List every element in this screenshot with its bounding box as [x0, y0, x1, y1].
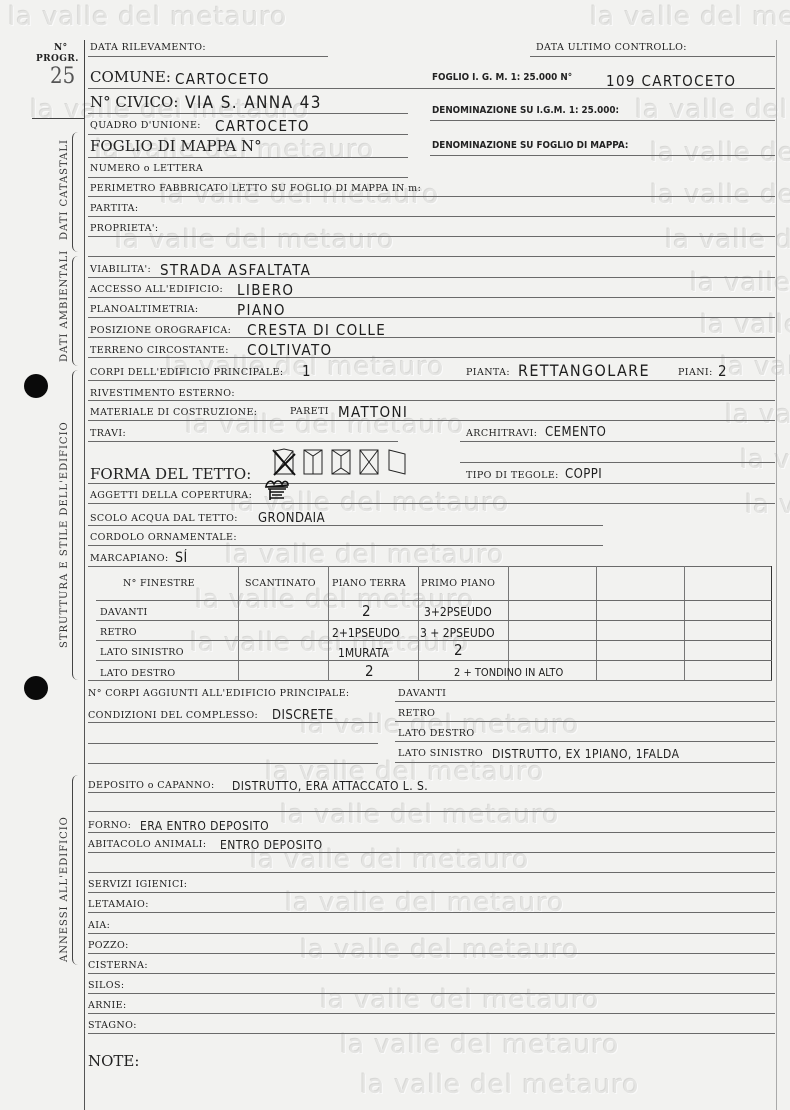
- table-cell[interactable]: 2: [362, 602, 372, 620]
- letamaio-label: LETAMAIO:: [88, 899, 149, 911]
- cornice-sketch-icon: [262, 478, 292, 502]
- table-row-divider: [88, 680, 772, 681]
- comune-label: COMUNE:: [90, 68, 171, 86]
- denom-foglio-label: DENOMINAZIONE SU FOGLIO DI MAPPA:: [432, 140, 628, 152]
- aggetti-label: AGGETTI DELLA COPERTURA:: [90, 490, 252, 502]
- watermark: la valle del metauro: [740, 445, 790, 475]
- cordolo-label: CORDOLO ORNAMENTALE:: [90, 532, 237, 544]
- rule: [88, 545, 603, 546]
- rule: [88, 400, 775, 401]
- rule: [88, 722, 378, 723]
- stagno-label: STAGNO:: [88, 1020, 137, 1032]
- section-brace: [72, 132, 79, 252]
- comune-value[interactable]: CARTOCETO: [175, 70, 270, 88]
- rule: [88, 566, 772, 567]
- marcapiano-value[interactable]: SÍ: [175, 549, 188, 567]
- watermark: la valle del metauro: [320, 985, 599, 1015]
- arnie-label: ARNIE:: [88, 1000, 127, 1012]
- pianta-label: PIANTA:: [466, 367, 510, 379]
- watermark: la valle del metauro: [300, 935, 579, 965]
- section-label-dati-ambientali: DATI AMBIENTALI: [59, 250, 70, 362]
- table-col-divider: [238, 566, 239, 680]
- condizioni-label: CONDIZIONI DEL COMPLESSO:: [88, 710, 258, 722]
- watermark: la valle del metauro: [745, 490, 790, 520]
- pianta-value[interactable]: RETTANGOLARE: [518, 362, 650, 380]
- table-row-label: DAVANTI: [100, 607, 148, 618]
- rule: [430, 120, 775, 121]
- rule: [88, 216, 775, 217]
- rule: [88, 1033, 775, 1034]
- rule: [430, 155, 775, 156]
- rule: [88, 525, 603, 526]
- rule: [88, 933, 775, 934]
- roof-shape-hip-selected-icon[interactable]: [272, 448, 296, 476]
- rule: [88, 357, 775, 358]
- table-header: PRIMO PIANO: [421, 578, 495, 589]
- forma-tetto-label: FORMA DEL TETTO:: [90, 465, 251, 483]
- rule: [395, 721, 775, 722]
- aia-label: AIA:: [88, 920, 110, 932]
- table-col-divider: [328, 566, 329, 680]
- corpi-value[interactable]: 1: [302, 362, 312, 380]
- corpi-lato-sinistro-value[interactable]: DISTRUTTO, EX 1PIANO, 1FALDA: [492, 745, 679, 763]
- watermark: la valle del metauro: [280, 800, 559, 830]
- corpi-lato-sinistro-label: LATO SINISTRO: [398, 748, 483, 760]
- rule: [88, 337, 775, 338]
- rule: [88, 297, 775, 298]
- rule: [88, 113, 408, 114]
- rule: [88, 953, 775, 954]
- cisterna-label: CISTERNA:: [88, 960, 148, 972]
- plano-label: PLANOALTIMETRIA:: [90, 304, 199, 316]
- rule: [88, 380, 775, 381]
- travi-label: TRAVI:: [90, 428, 126, 440]
- rule: [530, 56, 775, 57]
- rule: [460, 462, 775, 463]
- posizione-label: POSIZIONE OROGRAFICA:: [90, 325, 231, 337]
- watermark: la valle del metauro: [340, 1030, 619, 1060]
- table-header: PIANO TERRA: [332, 578, 406, 589]
- rule: [88, 872, 775, 873]
- architravi-label: ARCHITRAVI:: [466, 428, 537, 440]
- rule: [395, 741, 775, 742]
- viabilita-label: VIABILITA':: [90, 264, 151, 276]
- table-cell[interactable]: 2 + TONDINO IN ALTO: [454, 664, 563, 682]
- rule: [88, 56, 328, 57]
- pozzo-label: POZZO:: [88, 940, 129, 952]
- table-row-label: LATO DESTRO: [100, 668, 175, 679]
- watermark: la valle del metauro: [650, 180, 790, 210]
- watermark: la valle del metauro: [360, 1070, 639, 1100]
- watermark: la valle del metauro: [8, 2, 287, 32]
- section-brace: [72, 370, 79, 680]
- rule: [88, 483, 775, 484]
- table-header: N° FINESTRE: [123, 578, 195, 589]
- rule: [88, 256, 775, 257]
- rule: [88, 236, 775, 237]
- numero-label: NUMERO o LETTERA: [90, 163, 203, 175]
- rule: [88, 441, 398, 442]
- forno-label: FORNO:: [88, 820, 131, 832]
- rule: [88, 177, 408, 178]
- rule: [88, 277, 775, 278]
- rule: [88, 157, 408, 158]
- perimetro-label: PERIMETRO FABBRICATO LETTO SU FOGLIO DI …: [90, 183, 421, 195]
- watermark: la valle del metauro: [725, 400, 790, 430]
- rule: [88, 743, 378, 744]
- watermark: la valle del metauro: [690, 268, 790, 298]
- rule: [395, 762, 775, 763]
- roof-shape-shed-icon[interactable]: [386, 448, 408, 476]
- binder-hole-top: [24, 374, 48, 398]
- roof-shape-pavilion-icon[interactable]: [358, 448, 380, 476]
- foglio-mappa-label: FOGLIO DI MAPPA N°: [90, 137, 262, 155]
- table-header: SCANTINATO: [245, 578, 316, 589]
- partita-label: PARTITA:: [90, 203, 139, 215]
- table-cell[interactable]: 3 + 2PSEUDO: [420, 624, 495, 642]
- table-cell[interactable]: 2+1PSEUDO: [332, 624, 400, 642]
- data-rilevamento-label: DATA RILEVAMENTO:: [90, 42, 206, 54]
- rule: [88, 892, 775, 893]
- deposito-label: DEPOSITO o CAPANNO:: [88, 780, 215, 792]
- corpi-lato-destro-label: LATO DESTRO: [398, 728, 475, 740]
- rule: [88, 852, 775, 853]
- tipo-tegole-value[interactable]: COPPI: [565, 466, 602, 484]
- table-cell[interactable]: 2: [365, 662, 375, 680]
- rule: [88, 993, 775, 994]
- table-col-divider: [596, 566, 597, 680]
- section-brace: [72, 775, 79, 965]
- materiale-label: MATERIALE DI COSTRUZIONE:: [90, 407, 257, 419]
- rule: [88, 196, 775, 197]
- silos-label: SILOS:: [88, 980, 124, 992]
- quadro-value[interactable]: CARTOCETO: [215, 117, 310, 135]
- note-label: NOTE:: [88, 1052, 139, 1070]
- section-label-dati-catastali: DATI CATASTALI: [59, 139, 70, 240]
- rule: [395, 701, 775, 702]
- rule: [88, 763, 378, 764]
- survey-form-page: la valle del metauro la valle del metaur…: [0, 0, 790, 1110]
- quadro-label: QUADRO D'UNIONE:: [90, 120, 201, 132]
- table-cell[interactable]: 2: [454, 641, 464, 659]
- corpi-davanti-label: DAVANTI: [398, 688, 446, 700]
- corpi-retro-label: RETRO: [398, 708, 435, 720]
- piani-label: PIANI:: [678, 367, 713, 379]
- tipo-tegole-label: TIPO DI TEGOLE:: [466, 470, 559, 482]
- form-left-border: [84, 40, 85, 1110]
- rule: [88, 317, 775, 318]
- table-row-divider: [96, 600, 772, 601]
- pareti-label: PARETI: [290, 406, 329, 418]
- corpi-label: CORPI DELL'EDIFICIO PRINCIPALE:: [90, 367, 284, 379]
- rule: [88, 134, 408, 135]
- watermark: la valle del metauro: [665, 225, 790, 255]
- section-label-struttura: STRUTTURA E STILE DELL'EDIFICIO: [59, 421, 70, 648]
- terreno-label: TERRENO CIRCOSTANTE:: [90, 345, 229, 357]
- binder-hole-bottom: [24, 676, 48, 700]
- proprieta-label: PROPRIETA':: [90, 223, 158, 235]
- table-col-divider: [771, 566, 772, 680]
- table-row-label: RETRO: [100, 627, 137, 638]
- marcapiano-label: MARCAPIANO:: [90, 553, 169, 565]
- rule: [88, 503, 775, 504]
- table-row-divider: [96, 660, 772, 661]
- table-cell[interactable]: 3+2PSEUDO: [424, 603, 492, 621]
- table-col-divider: [508, 566, 509, 680]
- watermark: la valle del metauro: [590, 2, 790, 32]
- rule: [88, 792, 775, 793]
- table-col-divider: [684, 566, 685, 680]
- roof-shape-gable-hipped-icon[interactable]: [330, 448, 352, 476]
- rivestimento-label: RIVESTIMENTO ESTERNO:: [90, 388, 235, 400]
- roof-shape-gable-icon[interactable]: [302, 448, 324, 476]
- rule: [88, 973, 775, 974]
- civico-label: N° CIVICO:: [90, 93, 178, 111]
- foglio-igm-label: FOGLIO I. G. M. 1: 25.000 N°: [432, 72, 572, 84]
- rule: [88, 832, 775, 833]
- corpi-aggiunti-label: N° CORPI AGGIUNTI ALL'EDIFICIO PRINCIPAL…: [88, 688, 350, 700]
- table-col-divider: [418, 566, 419, 680]
- architravi-value[interactable]: CEMENTO: [545, 424, 606, 442]
- section-label-annessi: ANNESSI ALL'EDIFICIO: [59, 816, 70, 962]
- abitacolo-label: ABITACOLO ANIMALI:: [88, 839, 206, 851]
- rule: [88, 1013, 775, 1014]
- rule: [460, 441, 775, 442]
- rule: [88, 420, 775, 421]
- table-cell[interactable]: 1MURATA: [338, 644, 389, 662]
- foglio-igm-value[interactable]: 109 CARTOCETO: [606, 72, 736, 90]
- civico-value[interactable]: VIA S. ANNA 43: [185, 94, 322, 112]
- rule: [88, 811, 775, 812]
- piani-value[interactable]: 2: [718, 362, 728, 380]
- data-ultimo-controllo-label: DATA ULTIMO CONTROLLO:: [536, 42, 687, 54]
- accesso-label: ACCESSO ALL'EDIFICIO:: [90, 284, 223, 296]
- denom-igm-label: DENOMINAZIONE SU I.G.M. 1: 25.000:: [432, 105, 619, 117]
- form-right-border: [776, 40, 777, 1110]
- servizi-label: SERVIZI IGIENICI:: [88, 879, 187, 891]
- pareti-value[interactable]: MATTONI: [338, 403, 408, 421]
- progr-value[interactable]: 25: [50, 68, 75, 86]
- scolo-label: SCOLO ACQUA DAL TETTO:: [90, 513, 238, 525]
- rule: [88, 912, 775, 913]
- table-row-label: LATO SINISTRO: [100, 647, 184, 658]
- section-brace: [72, 256, 79, 366]
- watermark: la valle del metauro: [650, 138, 790, 168]
